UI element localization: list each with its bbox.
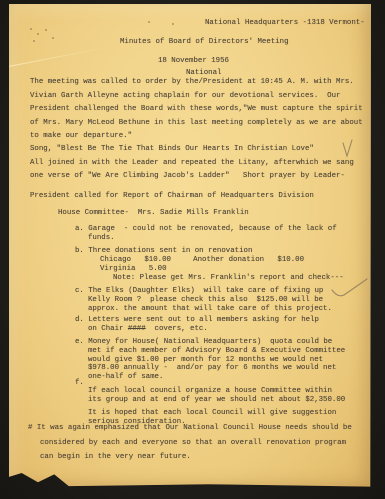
- item-f-line: its group and at end of year we should n…: [88, 396, 345, 404]
- item-e-line: e. Money for House( National Headquarter…: [75, 338, 332, 346]
- item-c-line: approx. the amount that will take care o…: [88, 305, 332, 313]
- item-f-label: f.: [75, 379, 84, 387]
- meeting-date: 18 November 1956: [158, 57, 229, 65]
- report-call-line: President called for Report of Chairman …: [30, 192, 314, 200]
- struck-out-text: ####: [128, 325, 146, 333]
- header-address: National Headquarters -1318 Vermont-: [205, 19, 365, 27]
- item-b-line: Note: Please get Mrs. Franklin's report …: [113, 274, 344, 282]
- pencil-speck: [172, 23, 174, 25]
- item-c-line: c. The Elks (Daughter Elks) will take ca…: [75, 287, 323, 295]
- item-b-line: Chicago $10.00 Another donation $10.00: [100, 256, 304, 264]
- closing-line: considered by each and everyone so that …: [40, 439, 346, 447]
- item-d-line: on Chair #### covers, etc.: [88, 325, 208, 333]
- pencil-speck: [30, 28, 32, 30]
- item-e-line: would give $1.00 per month for 12 months…: [88, 356, 323, 364]
- item-f-line: If each local council organize a house C…: [88, 387, 332, 395]
- pencil-speck: [148, 21, 150, 23]
- meeting-title: Minutes of Board of Directors' Meeting: [120, 38, 289, 46]
- minutes-line: to make our departure.": [30, 132, 132, 140]
- pencil-speck: [33, 40, 35, 42]
- item-e-line: one-half of same.: [88, 373, 163, 381]
- pencil-checkmark-icon: [330, 276, 370, 302]
- pencil-checkmark-icon: [340, 138, 354, 160]
- pencil-speck: [37, 33, 39, 35]
- item-a-line: a. Garage - could not be renovated, beca…: [75, 225, 337, 233]
- item-e-line: met if each member of Advisory Board & E…: [88, 347, 345, 355]
- minutes-line: All joined in with the Leader and repeat…: [30, 159, 354, 167]
- minutes-line: one verse of "We Are Climbing Jacob's La…: [30, 172, 345, 180]
- document-paper: National Headquarters -1318 Vermont- Min…: [9, 4, 371, 492]
- minutes-line: President challenged the Board with thes…: [30, 105, 363, 113]
- minutes-line: Vivian Garth Alleyne acting chaplain for…: [30, 92, 340, 100]
- scanned-minutes-page: National Headquarters -1318 Vermont- Min…: [0, 0, 385, 499]
- closing-line: can begin in the very near future.: [40, 453, 191, 461]
- item-d-suffix: covers, etc.: [146, 325, 208, 333]
- pencil-speck: [45, 29, 47, 31]
- item-b-line: b. Three donations sent in on renovation: [75, 247, 252, 255]
- item-e-line: $978.00 annually - and/or pay for 6 mont…: [88, 364, 336, 372]
- minutes-line: Song, "Blest Be The Tie That Binds Our H…: [30, 145, 314, 153]
- item-a-line: funds.: [88, 234, 115, 242]
- item-d-line: d. Letters were sent out to all members …: [75, 316, 319, 324]
- item-d-prefix: on Chair: [88, 325, 128, 333]
- inserted-word: National: [186, 69, 221, 77]
- minutes-line: of Mrs. Mary McLeod Bethune in this last…: [30, 119, 363, 127]
- paper-crease: [6, 46, 114, 68]
- committee-line: House Committee- Mrs. Sadie Mills Frankl…: [58, 209, 249, 217]
- pencil-speck: [52, 37, 54, 39]
- minutes-line: The meeting was called to order by the/P…: [30, 78, 354, 86]
- closing-line: # It was again emphasized that Our Natio…: [28, 424, 352, 432]
- item-c-line: Kelly Room ? please check this also $125…: [88, 296, 323, 304]
- item-b-line: Virginia 5.00: [100, 265, 167, 273]
- item-f-line: It is hoped that each local Council will…: [88, 409, 336, 417]
